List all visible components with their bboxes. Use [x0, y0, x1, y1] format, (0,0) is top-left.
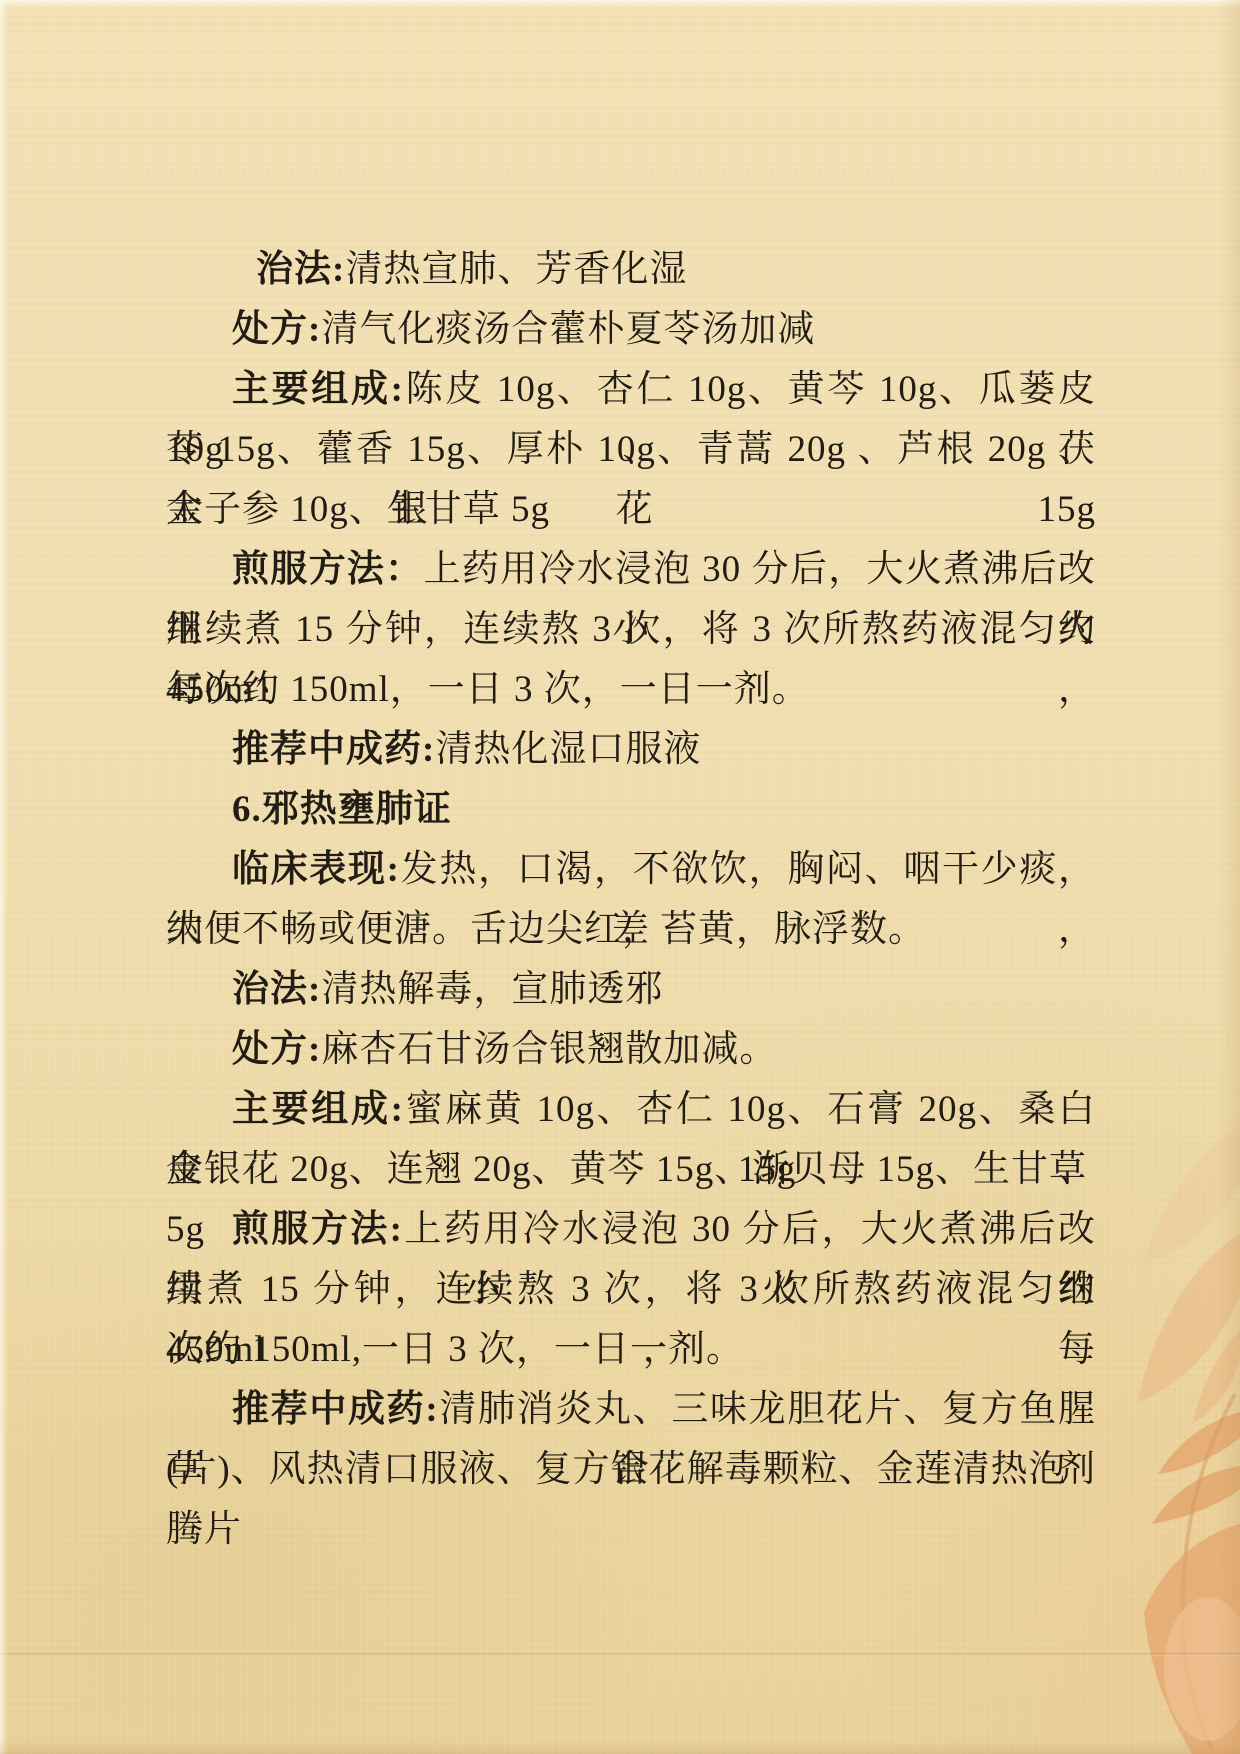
- text-line: (片)、风热清口服液、复方银花解毒颗粒、金莲清热泡腾片: [166, 1440, 1096, 1500]
- line-label: 主要组成:: [232, 369, 404, 410]
- text-line: 处方:麻杏石甘汤合银翘散加减。: [166, 1020, 1096, 1080]
- line-label: 推荐中成药:: [232, 1389, 439, 1430]
- line-label: 煎服方法:: [232, 1209, 403, 1250]
- page-edge-right: [1218, 0, 1240, 1754]
- text-line: 处方:清气化痰汤合藿朴夏苓汤加减: [166, 300, 1096, 360]
- line-label: 煎服方法：: [232, 549, 423, 590]
- line-label: 治法:: [256, 249, 345, 290]
- text-line: 治法:清热解毒，宣肺透邪: [166, 960, 1096, 1020]
- line-text: 次约 150ml,一日 3 次，一日一剂。: [166, 1329, 744, 1370]
- text-line: 6.邪热壅肺证: [166, 780, 1096, 840]
- text-line: 煎服方法：上药用冷水浸泡 30 分后，大火煮沸后改用小火: [166, 540, 1096, 600]
- line-text: 每次约 150ml，一日 3 次，一日一剂。: [166, 669, 810, 710]
- text-line: 主要组成:陈皮 10g、杏仁 10g、黄芩 10g、瓜蒌皮 10g、茯: [166, 360, 1096, 420]
- line-text: 太子参 10g、生甘草 5g: [166, 489, 550, 530]
- text-line: 主要组成:蜜麻黄 10g、杏仁 10g、石膏 20g、桑白皮 15g、: [166, 1080, 1096, 1140]
- text-line: 苓 15g、藿香 15g、厚朴 10g、青蒿 20g 、芦根 20g 、金银花 …: [166, 420, 1096, 480]
- page-edge-top: [0, 0, 1240, 8]
- line-label: 主要组成:: [232, 1089, 404, 1130]
- document-page: 治法:清热宣肺、芳香化湿 处方:清气化痰汤合藿朴夏苓汤加减 主要组成:陈皮 10…: [0, 0, 1240, 1754]
- text-line: 推荐中成药:清肺消炎丸、三味龙胆花片、复方鱼腥草合剂: [166, 1380, 1096, 1440]
- line-text: 清热解毒，宣肺透邪: [321, 969, 663, 1010]
- text-line: 金银花 20g、连翘 20g、黄芩 15g、渐贝母 15g、生甘草 5g: [166, 1140, 1096, 1200]
- page-edge-bottom: [0, 1740, 1240, 1754]
- line-label: 处方:: [232, 1029, 321, 1070]
- line-label: 6.邪热壅肺证: [232, 789, 452, 830]
- document-body: 治法:清热宣肺、芳香化湿 处方:清气化痰汤合藿朴夏苓汤加减 主要组成:陈皮 10…: [166, 240, 1096, 1500]
- page-edge-left: [0, 0, 8, 1754]
- text-line: 继续煮 15 分钟，连续熬 3 次，将 3 次所熬药液混匀约 450m1，: [166, 600, 1096, 660]
- line-label: 推荐中成药:: [232, 729, 435, 770]
- text-line: 推荐中成药:清热化湿口服液: [166, 720, 1096, 780]
- text-line: 治法:清热宣肺、芳香化湿: [166, 240, 1096, 300]
- text-line: 煎服方法:上药用冷水浸泡 30 分后，大火煮沸后改用小火继: [166, 1200, 1096, 1260]
- line-text: 清热化湿口服液: [435, 729, 701, 770]
- line-label: 治法:: [232, 969, 321, 1010]
- line-text: 大便不畅或便溏。舌边尖红，苔黄，脉浮数。: [166, 909, 926, 950]
- text-line: 临床表现:发热，口渴，不欲饮，胸闷、咽干少痰，纳差，: [166, 840, 1096, 900]
- line-text: 清热宣肺、芳香化湿: [345, 249, 687, 290]
- line-text: 清气化痰汤合藿朴夏苓汤加减: [321, 309, 815, 350]
- line-label: 临床表现:: [232, 849, 400, 890]
- line-label: 处方:: [232, 309, 321, 350]
- text-line: 续煮 15 分钟，连续熬 3 次，将 3 次所熬药液混匀约 450ml，每: [166, 1260, 1096, 1320]
- line-text: (片)、风热清口服液、复方银花解毒颗粒、金莲清热泡腾片: [166, 1449, 1067, 1550]
- page-crease-line: [0, 1653, 1240, 1656]
- line-text: 麻杏石甘汤合银翘散加减。: [321, 1029, 777, 1070]
